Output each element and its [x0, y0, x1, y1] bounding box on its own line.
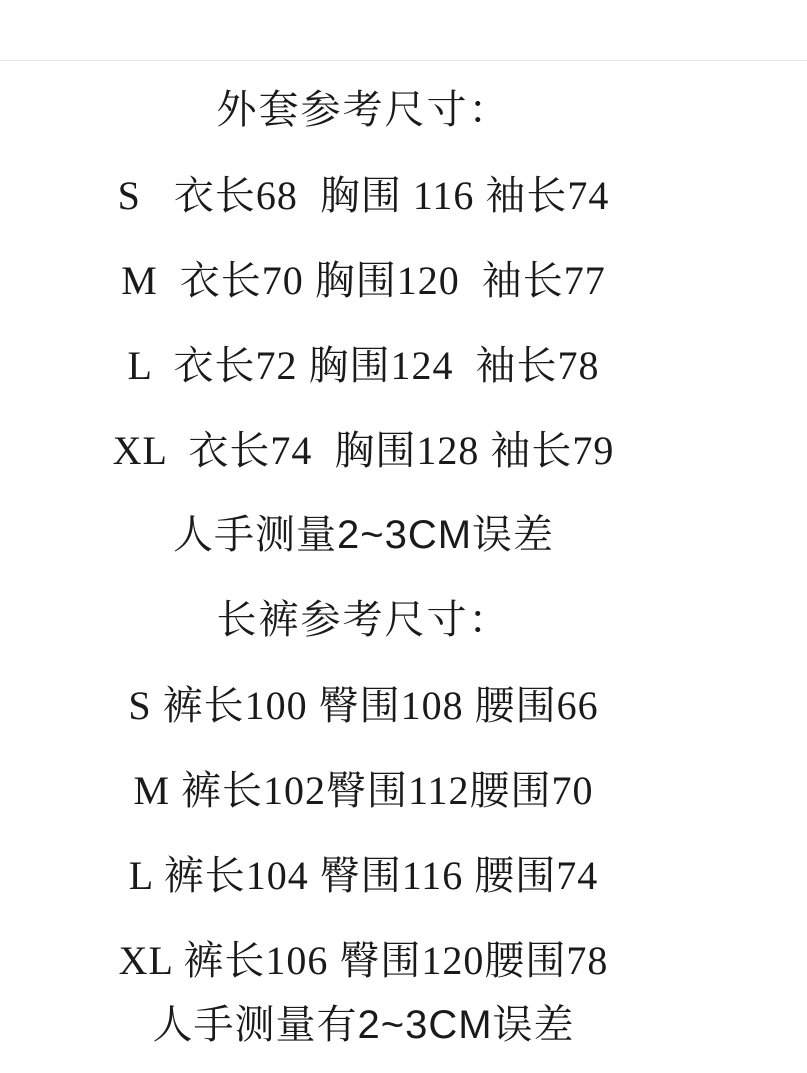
top-divider	[0, 60, 807, 61]
size-chart-content: 外套参考尺寸： S 衣长68 胸围 116 袖长74 M 衣长70 胸围120 …	[0, 68, 807, 1048]
jacket-size-row-xl: XL 衣长74 胸围128 袖长79	[0, 408, 727, 493]
jacket-size-row-m: M 衣长70 胸围120 袖长77	[0, 238, 727, 323]
jacket-size-row-l: L 衣长72 胸围124 袖长78	[0, 323, 727, 408]
jacket-measurement-note: 人手测量2~3CM误差	[0, 493, 727, 578]
jacket-size-row-s: S 衣长68 胸围 116 袖长74	[0, 153, 727, 238]
pants-size-row-m: M 裤长102臀围112腰围70	[0, 748, 727, 833]
size-chart-page: 外套参考尺寸： S 衣长68 胸围 116 袖长74 M 衣长70 胸围120 …	[0, 0, 807, 1073]
pants-size-row-l: L 裤长104 臀围116 腰围74	[0, 833, 727, 918]
jacket-section-title: 外套参考尺寸：	[0, 68, 727, 153]
pants-section-title: 长裤参考尺寸：	[0, 578, 727, 663]
pants-size-row-s: S 裤长100 臀围108 腰围66	[0, 663, 727, 748]
pants-size-row-xl: XL 裤长106 臀围120腰围78	[0, 918, 727, 1003]
pants-measurement-note: 人手测量有2~3CM误差	[0, 1003, 727, 1048]
